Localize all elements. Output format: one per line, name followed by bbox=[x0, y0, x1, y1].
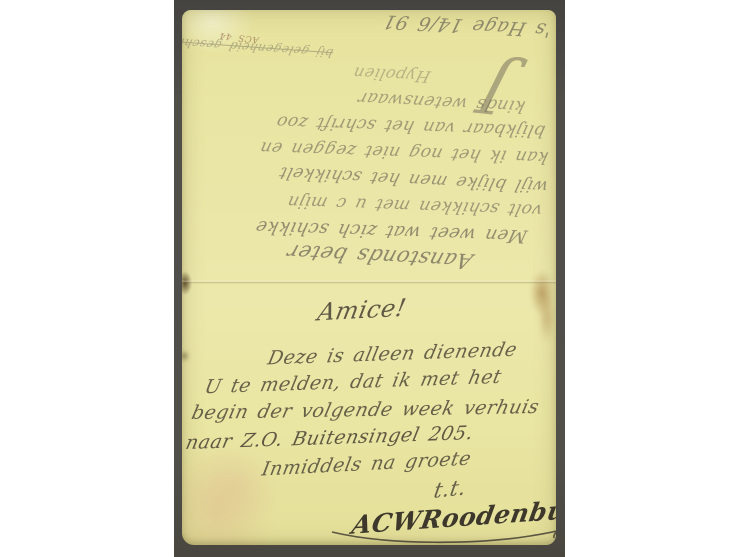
message-line-1: U te melden, dat ik met het bbox=[203, 366, 504, 399]
back-date-line: 's Hage 14/6 91 bbox=[280, 10, 553, 41]
edge-speck bbox=[182, 351, 189, 361]
signature-flourish bbox=[330, 526, 556, 545]
fold-crease bbox=[182, 280, 556, 284]
lettercard: 's Hage 14/6 91 J ACS 44 bij gelegenheid… bbox=[182, 10, 556, 545]
back-line-0: Hypolien bbox=[298, 61, 433, 87]
message-line-2: begin der volgende week verhuis bbox=[189, 396, 541, 424]
closing-tt: t.t. bbox=[432, 475, 468, 503]
salutation: Amice! bbox=[315, 294, 408, 327]
scan-page: 's Hage 14/6 91 J ACS 44 bij gelegenheid… bbox=[0, 0, 740, 557]
message-line-0: Deze is alleen dienende bbox=[266, 339, 520, 370]
message-line-4: Inmiddels na groete bbox=[260, 447, 473, 480]
stain-right-lower bbox=[538, 293, 556, 343]
